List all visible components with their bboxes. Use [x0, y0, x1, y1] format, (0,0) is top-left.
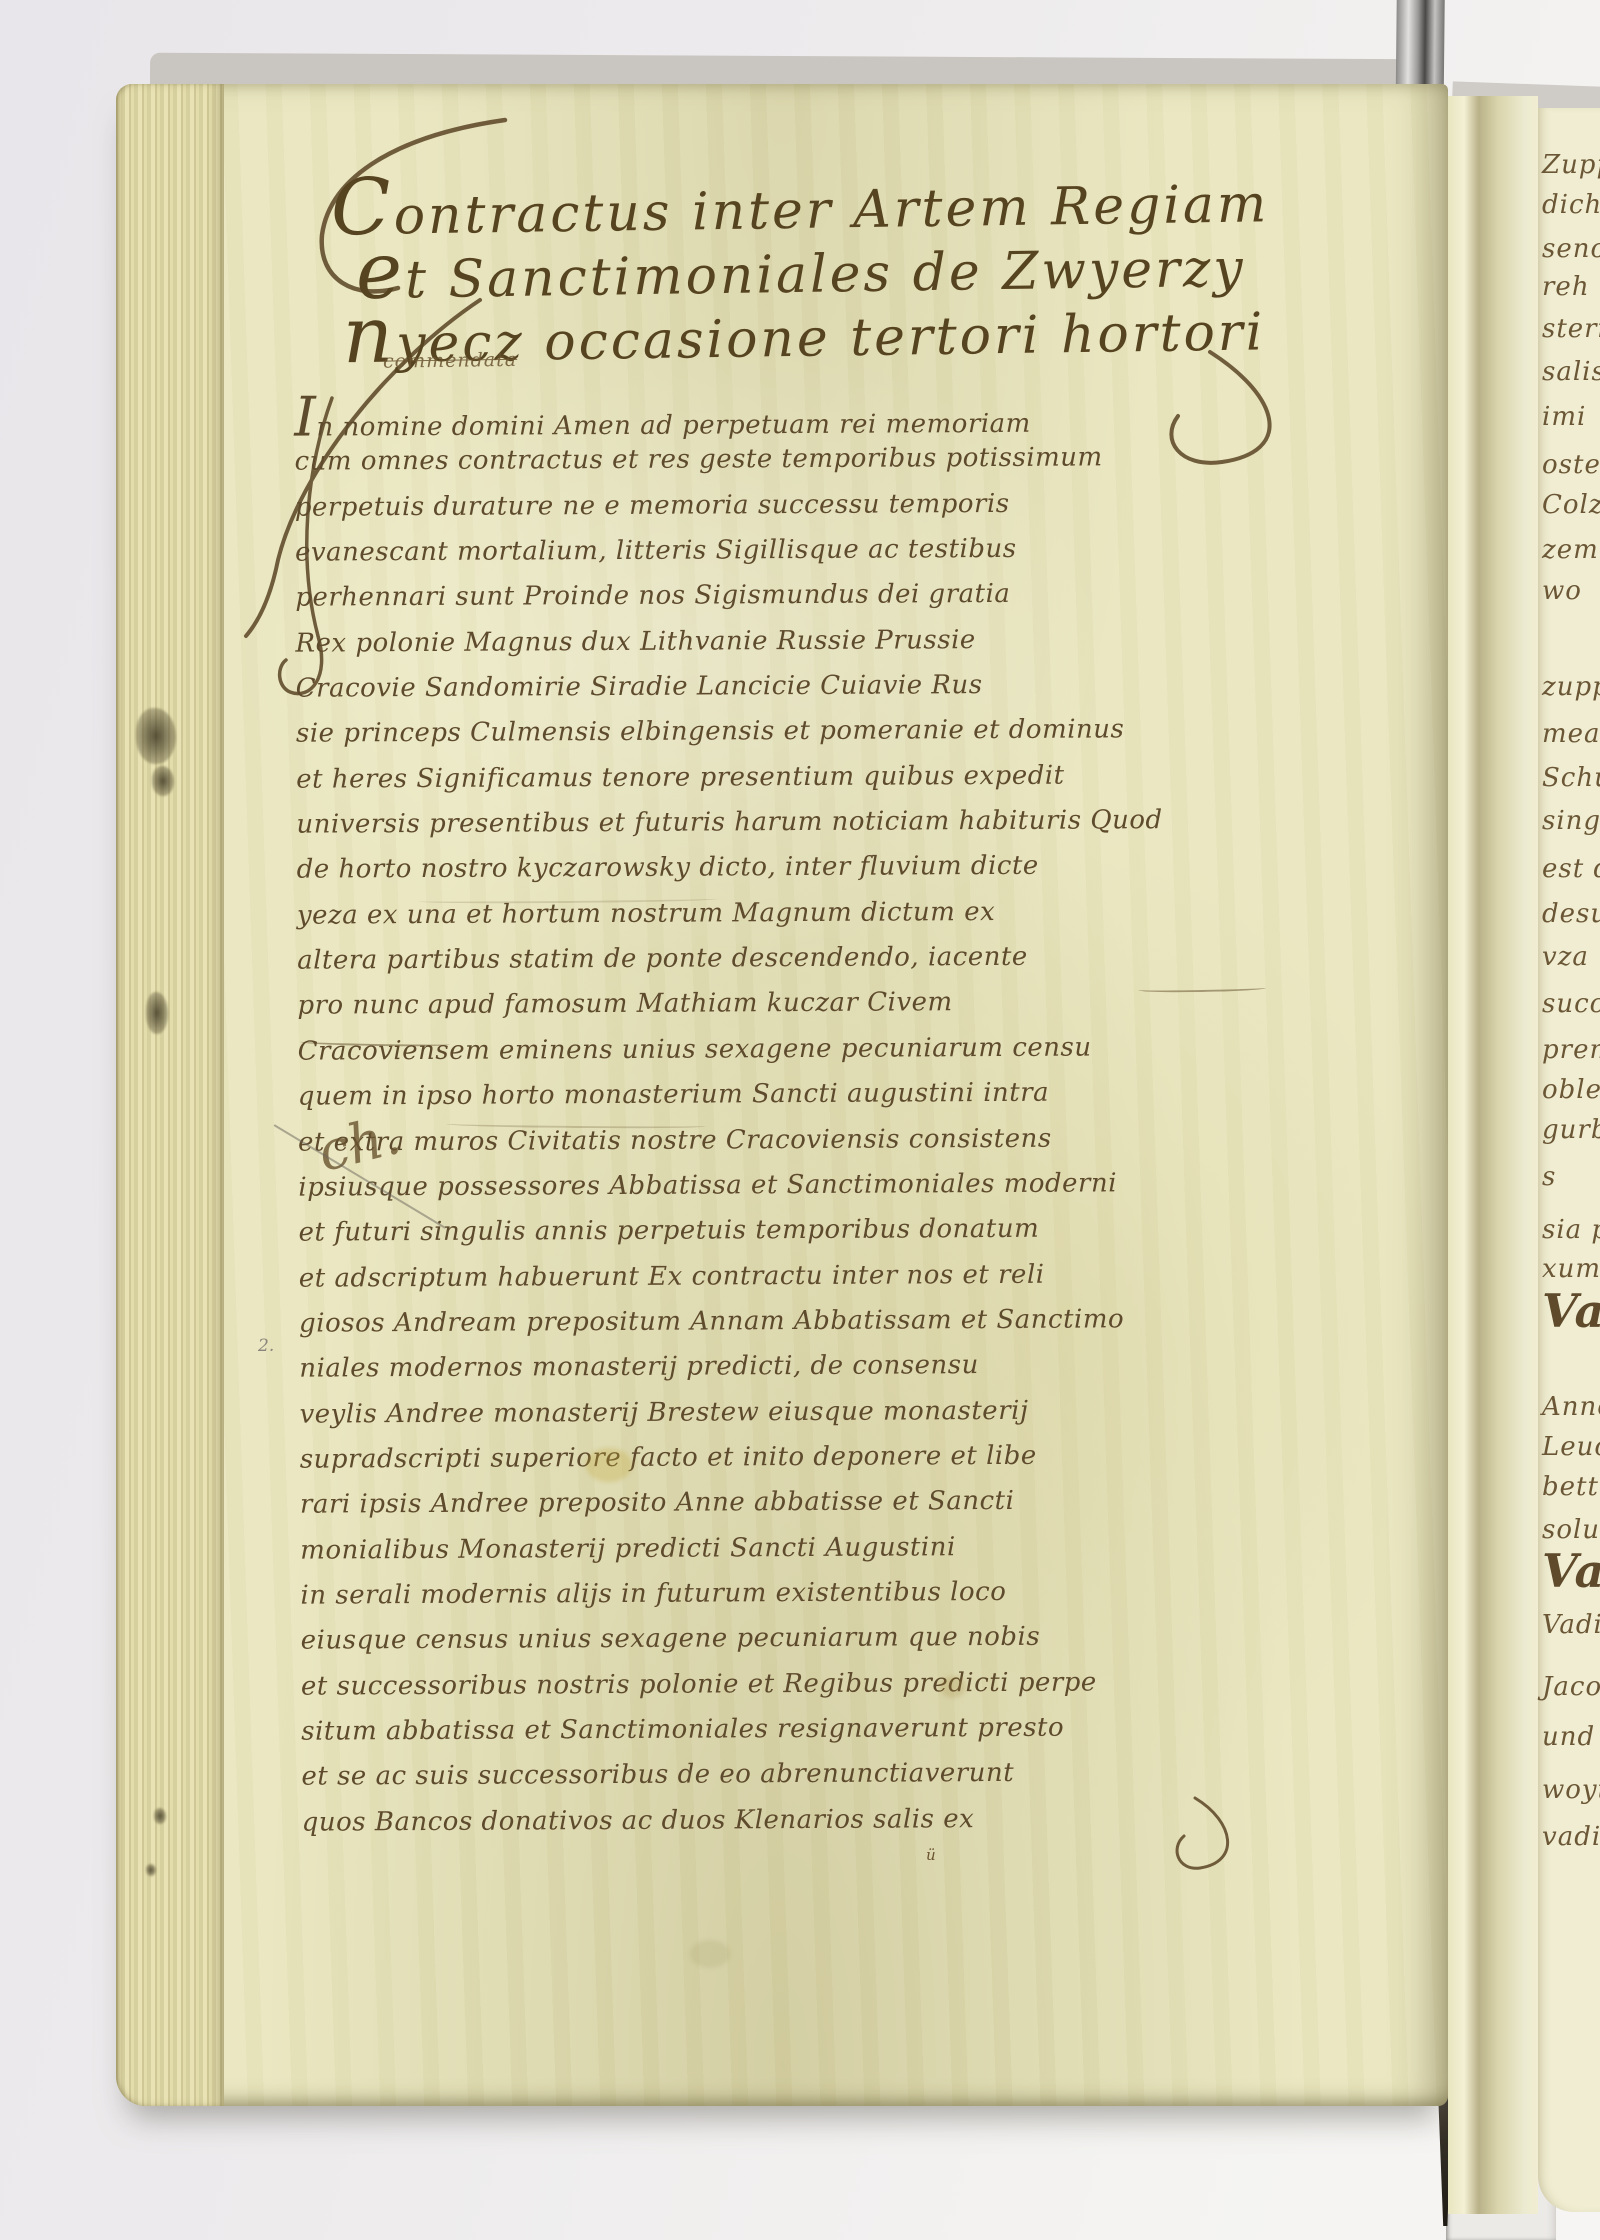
right-page-line-fragment: gurb: [1542, 1115, 1600, 1145]
right-page-line-fragment: imi: [1542, 402, 1586, 432]
right-page-line-fragment: sia p: [1542, 1215, 1600, 1245]
right-page-line-fragment: Anno: [1542, 1392, 1600, 1422]
gutter-crease: [1448, 96, 1538, 2214]
right-page-line-fragment: reh: [1542, 272, 1590, 302]
right-page-line-fragment: est d: [1542, 854, 1600, 884]
manuscript-photo: Zupp dich seno reh sterij salis imi oste…: [0, 0, 1600, 2240]
right-page-line-fragment: seno: [1542, 234, 1600, 264]
right-page-line-fragment: zupp: [1542, 672, 1600, 702]
right-page-line-fragment: Leuch: [1542, 1432, 1600, 1462]
right-page-line-fragment: Jacobu: [1542, 1672, 1600, 1702]
right-page-line-fragment: wo: [1542, 576, 1582, 606]
right-page-line-fragment: vadiu: [1542, 1822, 1600, 1852]
right-page-line-fragment: Vadiu: [1542, 1610, 1600, 1640]
right-page-line-fragment: woyt: [1542, 1775, 1600, 1805]
fore-edge-page-stack: [116, 84, 224, 2106]
right-page-line-fragment: Colz: [1542, 490, 1600, 520]
right-page-line-fragment: prem: [1542, 1035, 1600, 1065]
right-page-line-fragment: bettha: [1542, 1472, 1600, 1502]
right-page-line-fragment: oblent: [1542, 1075, 1600, 1105]
right-page-line-fragment: succ: [1542, 989, 1600, 1019]
right-page-line-fragment: dich: [1542, 190, 1600, 220]
right-page-line-fragment: Schu: [1542, 763, 1600, 793]
right-page-heading-fragment: Va: [1542, 1544, 1600, 1598]
right-page-heading-fragment: Va: [1542, 1284, 1600, 1338]
right-page-line-fragment: vza: [1542, 942, 1589, 972]
right-page-line-fragment: sterij: [1542, 314, 1600, 344]
left-page: [116, 84, 1448, 2106]
right-page-line-fragment: mea: [1542, 719, 1600, 749]
right-page-line-fragment: Zupp: [1542, 150, 1600, 180]
right-page-line-fragment: sing: [1542, 806, 1600, 836]
right-page-line-fragment: s: [1542, 1162, 1556, 1192]
right-page-line-fragment: soluta: [1542, 1515, 1600, 1545]
right-page-line-fragment: zem: [1542, 535, 1599, 565]
right-page-line-fragment: xum: [1542, 1254, 1600, 1284]
right-page-sliver: Zupp dich seno reh sterij salis imi oste…: [1538, 108, 1600, 2212]
right-page-line-fragment: salis: [1542, 357, 1600, 387]
right-page-line-fragment: osteh: [1542, 450, 1600, 480]
right-page-line-fragment: desup: [1542, 899, 1600, 929]
right-page-line-fragment: und: [1542, 1722, 1595, 1752]
